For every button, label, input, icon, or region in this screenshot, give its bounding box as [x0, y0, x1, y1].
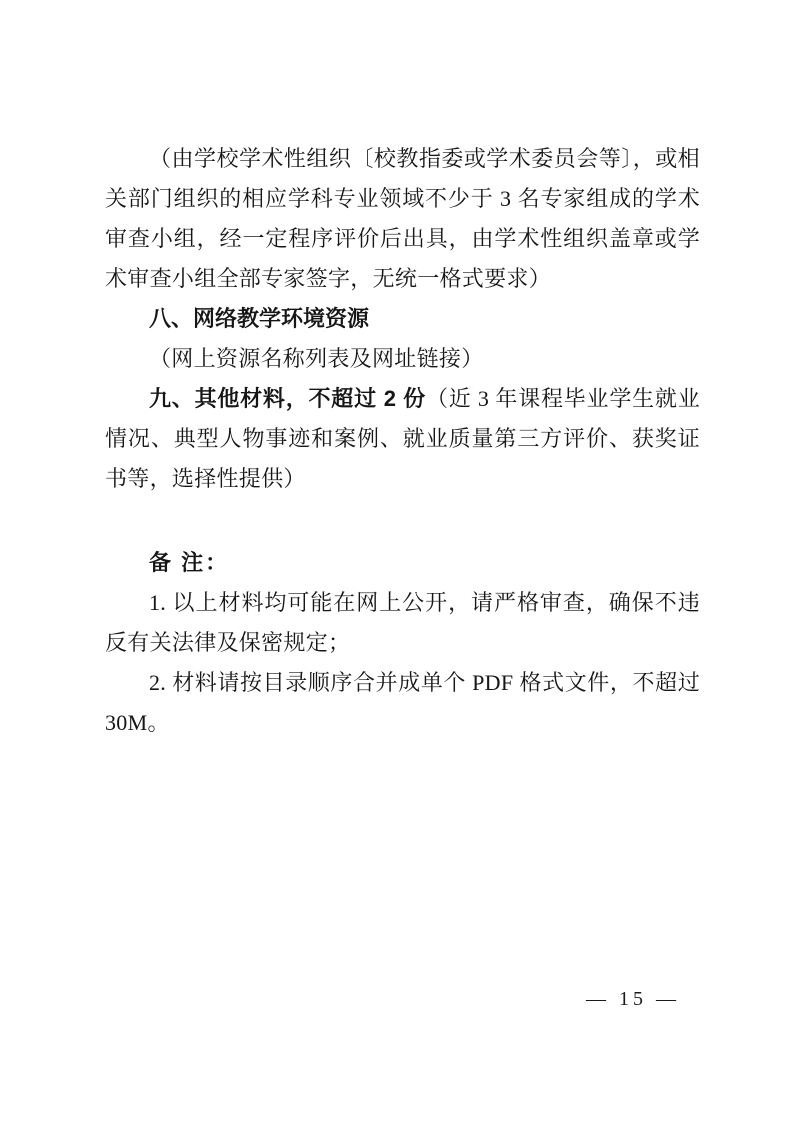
- paragraph-web-resources-note: （网上资源名称列表及网址链接）: [105, 339, 700, 379]
- page-content: （由学校学术性组织〔校教指委或学术委员会等〕，或相关部门组织的相应学科专业领域不…: [105, 139, 700, 743]
- heading-section-9-label: 九、其他材料，不超过 2 份: [149, 386, 426, 411]
- note-item-1: 1. 以上材料均可能在网上公开，请严格审查，确保不违反有关法律及保密规定；: [105, 583, 700, 663]
- notes-heading: 备 注：: [105, 543, 700, 583]
- paragraph-other-materials: 九、其他材料，不超过 2 份（近 3 年课程毕业学生就业情况、典型人物事迹和案例…: [105, 379, 700, 499]
- page-number: — 15 —: [586, 985, 680, 1013]
- paragraph-academic-review-note: （由学校学术性组织〔校教指委或学术委员会等〕，或相关部门组织的相应学科专业领域不…: [105, 139, 700, 299]
- document-page: （由学校学术性组织〔校教指委或学术委员会等〕，或相关部门组织的相应学科专业领域不…: [0, 0, 794, 1122]
- heading-section-8: 八、网络教学环境资源: [105, 299, 700, 339]
- note-item-2: 2. 材料请按目录顺序合并成单个 PDF 格式文件，不超过 30M。: [105, 663, 700, 743]
